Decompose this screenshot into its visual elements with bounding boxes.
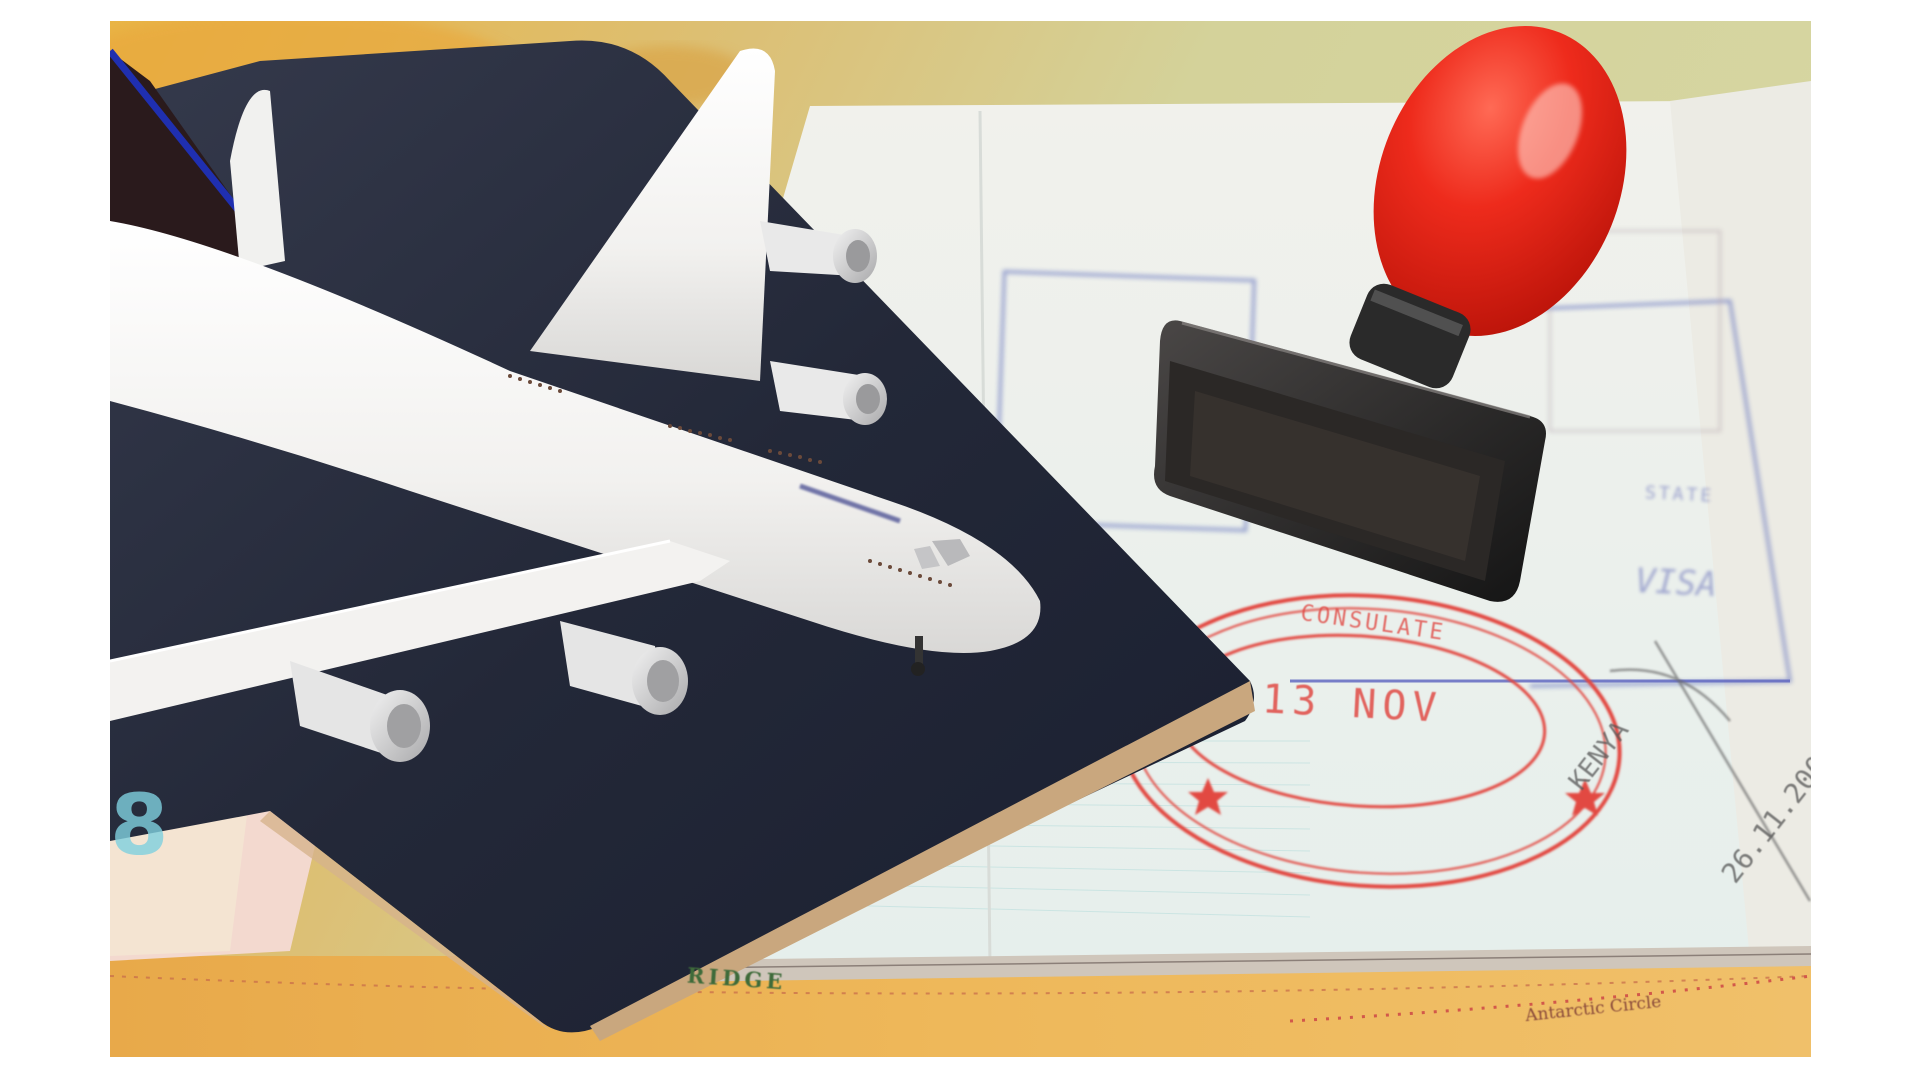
passport-page-number: 8 <box>110 776 168 874</box>
scene-illustration <box>110 21 1811 1057</box>
stamp-state-text: STATE <box>1644 482 1714 507</box>
stamp-red-date: 13 NOV <box>1261 676 1444 731</box>
photo: 8 RIDGE Antarctic Circle CONSULATE 13 NO… <box>110 21 1811 1057</box>
stamp-visa-text: VISA <box>1634 561 1718 605</box>
